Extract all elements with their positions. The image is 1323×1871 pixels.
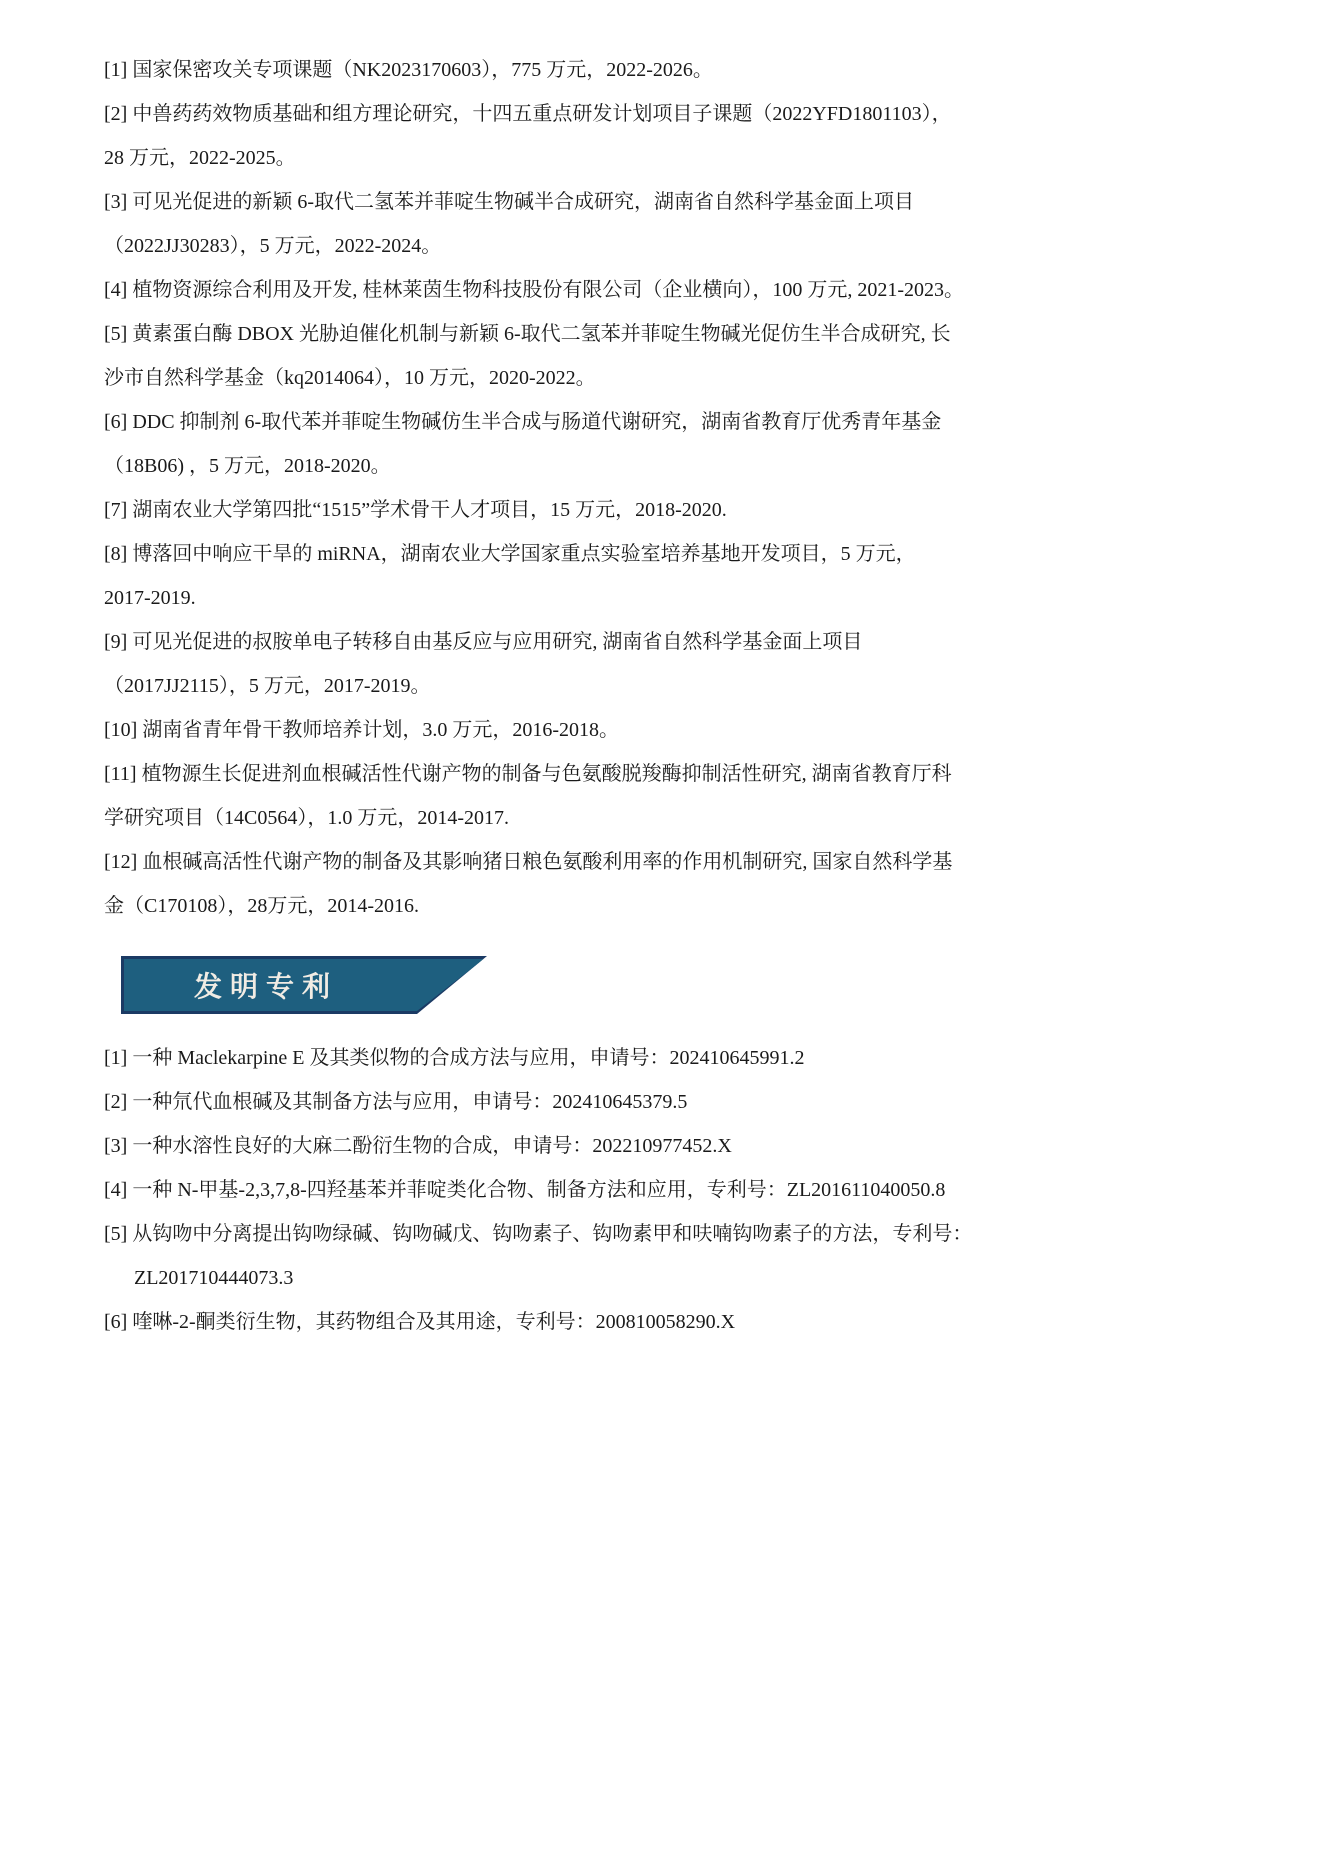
- patent-item-3: [3] 一种水溶性良好的大麻二酚衍生物的合成，申请号：202210977452.…: [104, 1124, 1223, 1168]
- patent-item-2: [2] 一种氘代血根碱及其制备方法与应用，申请号：202410645379.5: [104, 1080, 1223, 1124]
- patents-section-title: 发明专利: [124, 965, 338, 1005]
- patent-item-5: [5] 从钩吻中分离提出钩吻绿碱、钩吻碱戊、钩吻素子、钩吻素甲和呋喃钩吻素子的方…: [104, 1212, 1223, 1300]
- project-item-11: [11] 植物源生长促进剂血根碱活性代谢产物的制备与色氨酸脱羧酶抑制活性研究, …: [104, 752, 1223, 840]
- document-page: [1] 国家保密攻关专项课题（NK2023170603），775 万元，2022…: [0, 0, 1323, 1871]
- project-item-2: [2] 中兽药药效物质基础和组方理论研究，十四五重点研发计划项目子课题（2022…: [104, 92, 1223, 180]
- patent-item-1: [1] 一种 Maclekarpine E 及其类似物的合成方法与应用，申请号：…: [104, 1036, 1223, 1080]
- project-item-1: [1] 国家保密攻关专项课题（NK2023170603），775 万元，2022…: [104, 48, 1223, 92]
- project-item-6: [6] DDC 抑制剂 6-取代苯并菲啶生物碱仿生半合成与肠道代谢研究，湖南省教…: [104, 400, 1223, 488]
- research-projects-list: [1] 国家保密攻关专项课题（NK2023170603），775 万元，2022…: [104, 48, 1223, 928]
- project-item-5: [5] 黄素蛋白酶 DBOX 光胁迫催化机制与新颖 6-取代二氢苯并菲啶生物碱光…: [104, 312, 1223, 400]
- project-item-12: [12] 血根碱高活性代谢产物的制备及其影响猪日粮色氨酸利用率的作用机制研究, …: [104, 840, 1223, 928]
- patents-section-banner-fill: 发明专利: [124, 959, 484, 1011]
- patents-section-banner: 发明专利: [121, 956, 487, 1014]
- project-item-7: [7] 湖南农业大学第四批“1515”学术骨干人才项目，15 万元，2018-2…: [104, 488, 1223, 532]
- document-content: [1] 国家保密攻关专项课题（NK2023170603），775 万元，2022…: [104, 48, 1223, 1344]
- patent-item-6: [6] 喹啉-2-酮类衍生物，其药物组合及其用途，专利号：20081005829…: [104, 1300, 1223, 1344]
- patent-item-4: [4] 一种 N-甲基-2,3,7,8-四羟基苯并菲啶类化合物、制备方法和应用，…: [104, 1168, 1223, 1212]
- project-item-9: [9] 可见光促进的叔胺单电子转移自由基反应与应用研究, 湖南省自然科学基金面上…: [104, 620, 1223, 708]
- project-item-8: [8] 博落回中响应干旱的 miRNA，湖南农业大学国家重点实验室培养基地开发项…: [104, 532, 1223, 620]
- project-item-10: [10] 湖南省青年骨干教师培养计划，3.0 万元，2016-2018。: [104, 708, 1223, 752]
- project-item-3: [3] 可见光促进的新颖 6-取代二氢苯并菲啶生物碱半合成研究，湖南省自然科学基…: [104, 180, 1223, 268]
- patents-list: [1] 一种 Maclekarpine E 及其类似物的合成方法与应用，申请号：…: [104, 1036, 1223, 1344]
- project-item-4: [4] 植物资源综合利用及开发, 桂林莱茵生物科技股份有限公司（企业横向），10…: [104, 268, 1223, 312]
